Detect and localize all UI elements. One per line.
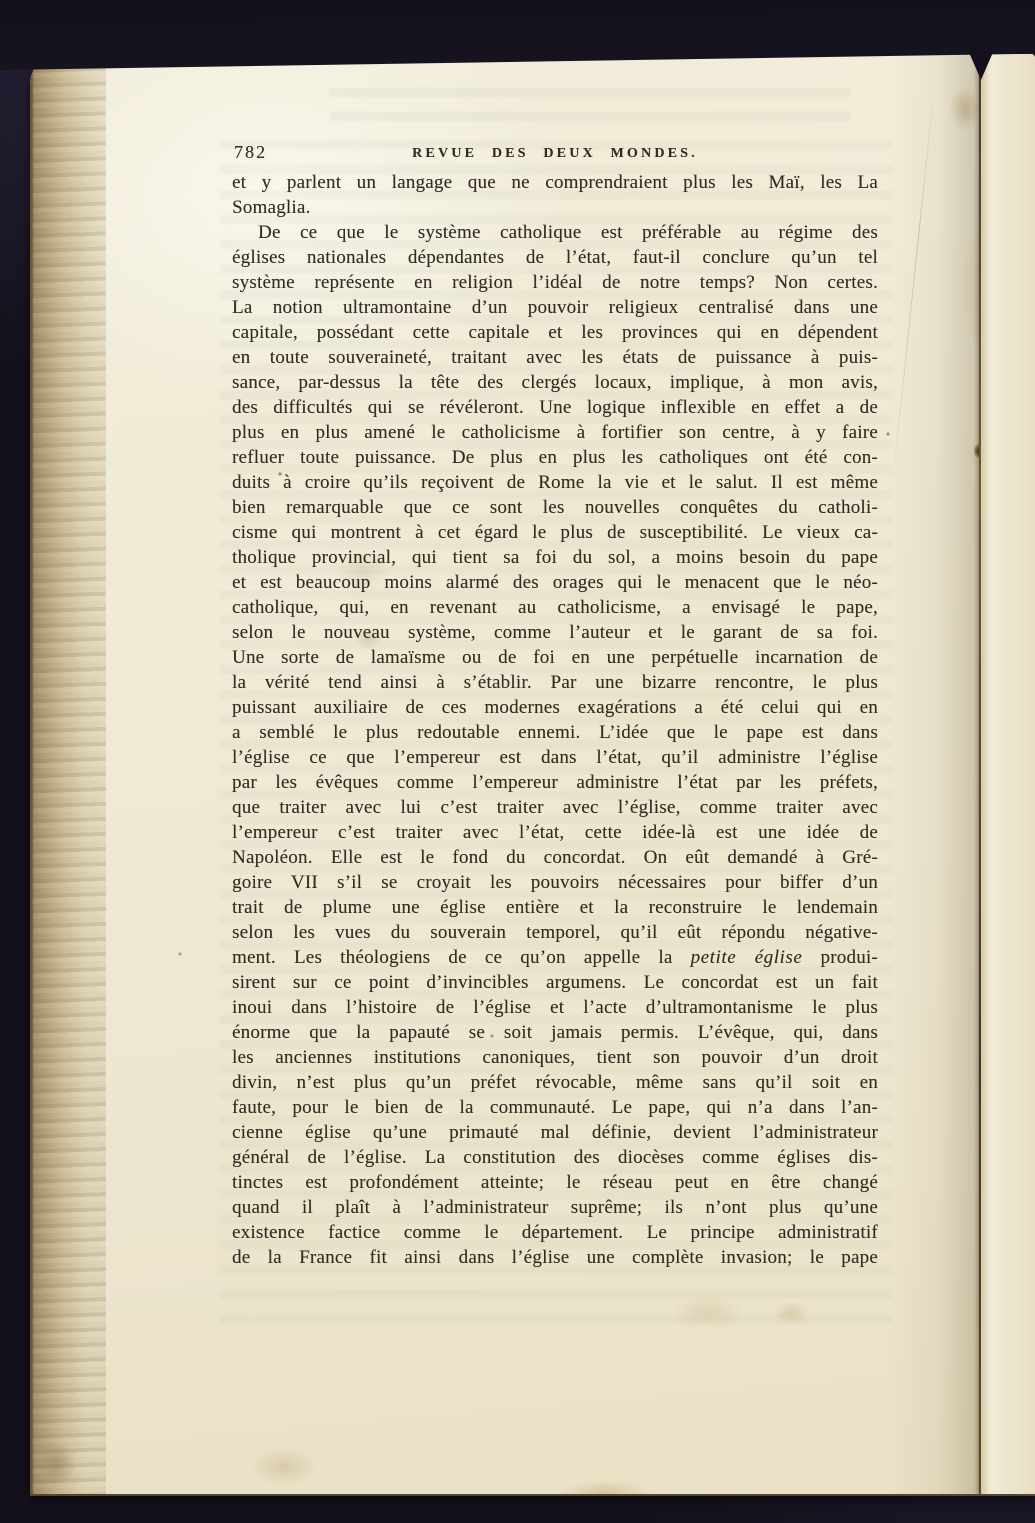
text-line: refluer toute puissance. De plus en plus… (232, 445, 878, 470)
text-line: plus en plus amené le catholicisme à for… (232, 420, 878, 445)
text-line: trait de plume une église entière et la … (232, 895, 878, 920)
text-line: l’église ce que l’empereur est dans l’ét… (232, 745, 878, 770)
running-header: REVUE DES DEUX MONDES. (232, 142, 878, 162)
text-line: que traiter avec lui c’est traiter avec … (232, 795, 878, 820)
book-scan-background: 782 REVUE DES DEUX MONDES. et y parlent … (0, 0, 1035, 1523)
text-line: selon les vues du souverain temporel, qu… (232, 920, 878, 945)
adjacent-page-edge (981, 54, 1035, 1494)
text-line: et y parlent un langage que ne comprendr… (232, 170, 878, 195)
text-line: l’empereur c’est traiter avec l’état, ce… (232, 820, 878, 845)
text-line: goire VII s’il se croyait les pouvoirs n… (232, 870, 878, 895)
text-line: énorme que la papauté se soit jamais per… (232, 1020, 878, 1045)
text-line: sance, par-dessus la tête des clergés lo… (232, 370, 878, 395)
text-line: a semblé le plus redoutable ennemi. L’id… (232, 720, 878, 745)
text-line: divin, n’est plus qu’un préfet révocable… (232, 1070, 878, 1095)
text-line: Napoléon. Elle est le fond du concordat.… (232, 845, 878, 870)
text-line: en toute souveraineté, traitant avec les… (232, 345, 878, 370)
text-line: par les évêques comme l’empereur adminis… (232, 770, 878, 795)
text-line: existence factice comme le département. … (232, 1220, 878, 1245)
text-line: cisme qui montrent à cet égard le plus d… (232, 520, 878, 545)
body-text: et y parlent un langage que ne comprendr… (232, 170, 878, 1270)
text-line: puissant auxiliaire de ces modernes exag… (232, 695, 878, 720)
text-line: Une sorte de lamaïsme ou de foi en une p… (232, 645, 878, 670)
text-line: bien remarquable que ce sont les nouvell… (232, 495, 878, 520)
text-line: Somaglia. (232, 195, 878, 220)
text-line: la vérité tend ainsi à s’établir. Par un… (232, 670, 878, 695)
text-line: des difficultés qui se révéleront. Une l… (232, 395, 878, 420)
text-line: De ce que le système catholique est préf… (232, 220, 878, 245)
text-line: général de l’église. La constitution des… (232, 1145, 878, 1170)
italic-phrase: petite église (691, 947, 803, 968)
text-line: églises nationales dépendantes de l’état… (232, 245, 878, 270)
page-number: 782 (234, 142, 267, 163)
page-content: 782 REVUE DES DEUX MONDES. et y parlent … (232, 142, 878, 1270)
text-line: inoui dans l’histoire de l’église et l’a… (232, 995, 878, 1020)
text-line: catholique, qui, en revenant au catholic… (232, 595, 878, 620)
text-line: et est beaucoup moins alarmé des orages … (232, 570, 878, 595)
text-line: les anciennes institutions canoniques, t… (232, 1045, 878, 1070)
gutter-shadow (888, 54, 980, 1494)
text-line: quand il plaît à l’administrateur suprêm… (232, 1195, 878, 1220)
text-line: cienne église qu’une primauté mal défini… (232, 1120, 878, 1145)
text-line: ment. Les théologiens de ce qu’on appell… (232, 945, 878, 970)
text-line: faute, pour le bien de la communauté. Le… (232, 1095, 878, 1120)
page-header: 782 REVUE DES DEUX MONDES. (232, 142, 878, 168)
book-page: 782 REVUE DES DEUX MONDES. et y parlent … (30, 54, 1035, 1494)
text-line: système représente en religion l’idéal d… (232, 270, 878, 295)
text-line: tinctes est profondément atteinte; le ré… (232, 1170, 878, 1195)
text-line: La notion ultramontaine d’un pouvoir rel… (232, 295, 878, 320)
text-line: capitale, possédant cette capitale et le… (232, 320, 878, 345)
text-line: de la France fit ainsi dans l’église une… (232, 1245, 878, 1270)
text-line: tholique provincial, qui tient sa foi du… (232, 545, 878, 570)
text-line: sirent sur ce point d’invincibles argume… (232, 970, 878, 995)
text-line: duits à croire qu’ils reçoivent de Rome … (232, 470, 878, 495)
text-line: selon le nouveau système, comme l’auteur… (232, 620, 878, 645)
